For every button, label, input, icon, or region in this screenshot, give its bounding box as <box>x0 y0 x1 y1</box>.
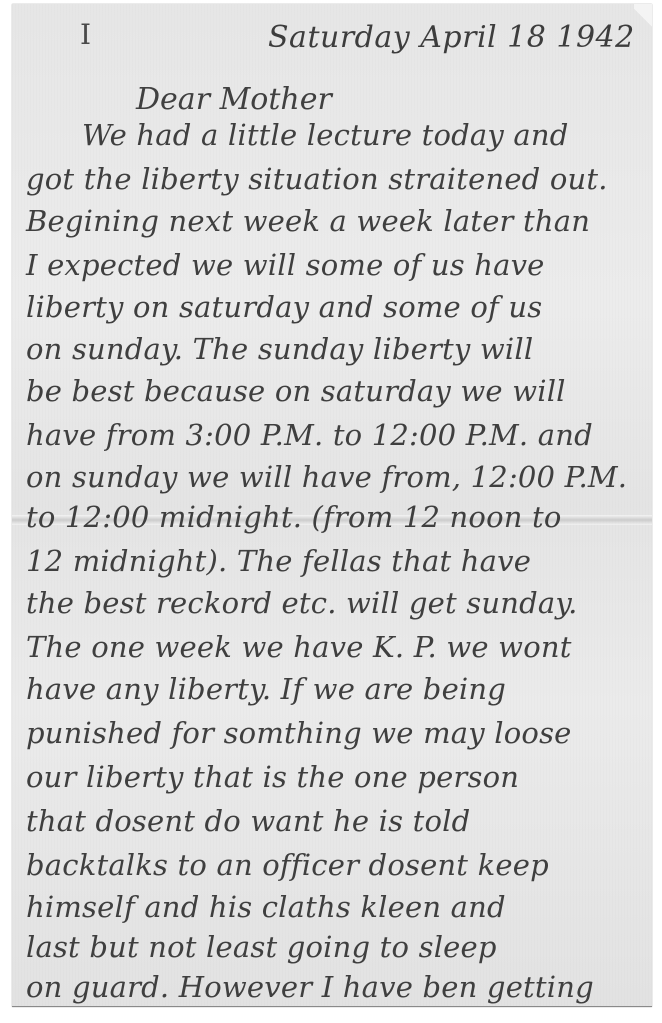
body-line: have from 3:00 P.M. to 12:00 P.M. and <box>26 418 593 452</box>
corner-fold <box>634 4 652 42</box>
body-line: to 12:00 midnight. (from 12 noon to <box>26 500 562 534</box>
body-line: liberty on saturday and some of us <box>26 290 542 324</box>
body-line: on sunday we will have from, 12:00 P.M. <box>26 460 627 494</box>
page-number: I <box>80 18 91 51</box>
body-line: have any liberty. If we are being <box>26 672 506 706</box>
body-line: 12 midnight). The fellas that have <box>26 544 531 578</box>
body-line: our liberty that is the one person <box>26 760 519 794</box>
body-line: Begining next week a week later than <box>26 204 590 238</box>
body-line: himself and his claths kleen and <box>26 890 506 924</box>
body-line: We had a little lecture today and <box>82 118 569 152</box>
salutation: Dear Mother <box>136 82 332 117</box>
body-line: backtalks to an officer dosent keep <box>26 848 549 882</box>
body-line: on guard. However I have ben getting <box>26 970 594 1004</box>
letter-page: I Saturday April 18 1942 Dear Mother We … <box>12 4 652 1007</box>
body-line: on sunday. The sunday liberty will <box>26 332 533 366</box>
body-line: got the liberty situation straitened out… <box>26 162 608 196</box>
body-line: I expected we will some of us have <box>26 248 545 282</box>
body-line: the best reckord etc. will get sunday. <box>26 586 578 620</box>
body-line: punished for somthing we may loose <box>26 716 572 750</box>
body-line: be best because on saturday we will <box>26 374 566 408</box>
body-line: The one week we have K. P. we wont <box>26 630 572 664</box>
body-line: that dosent do want he is told <box>26 804 470 838</box>
body-line: last but not least going to sleep <box>26 930 497 964</box>
letter-date: Saturday April 18 1942 <box>268 20 635 55</box>
